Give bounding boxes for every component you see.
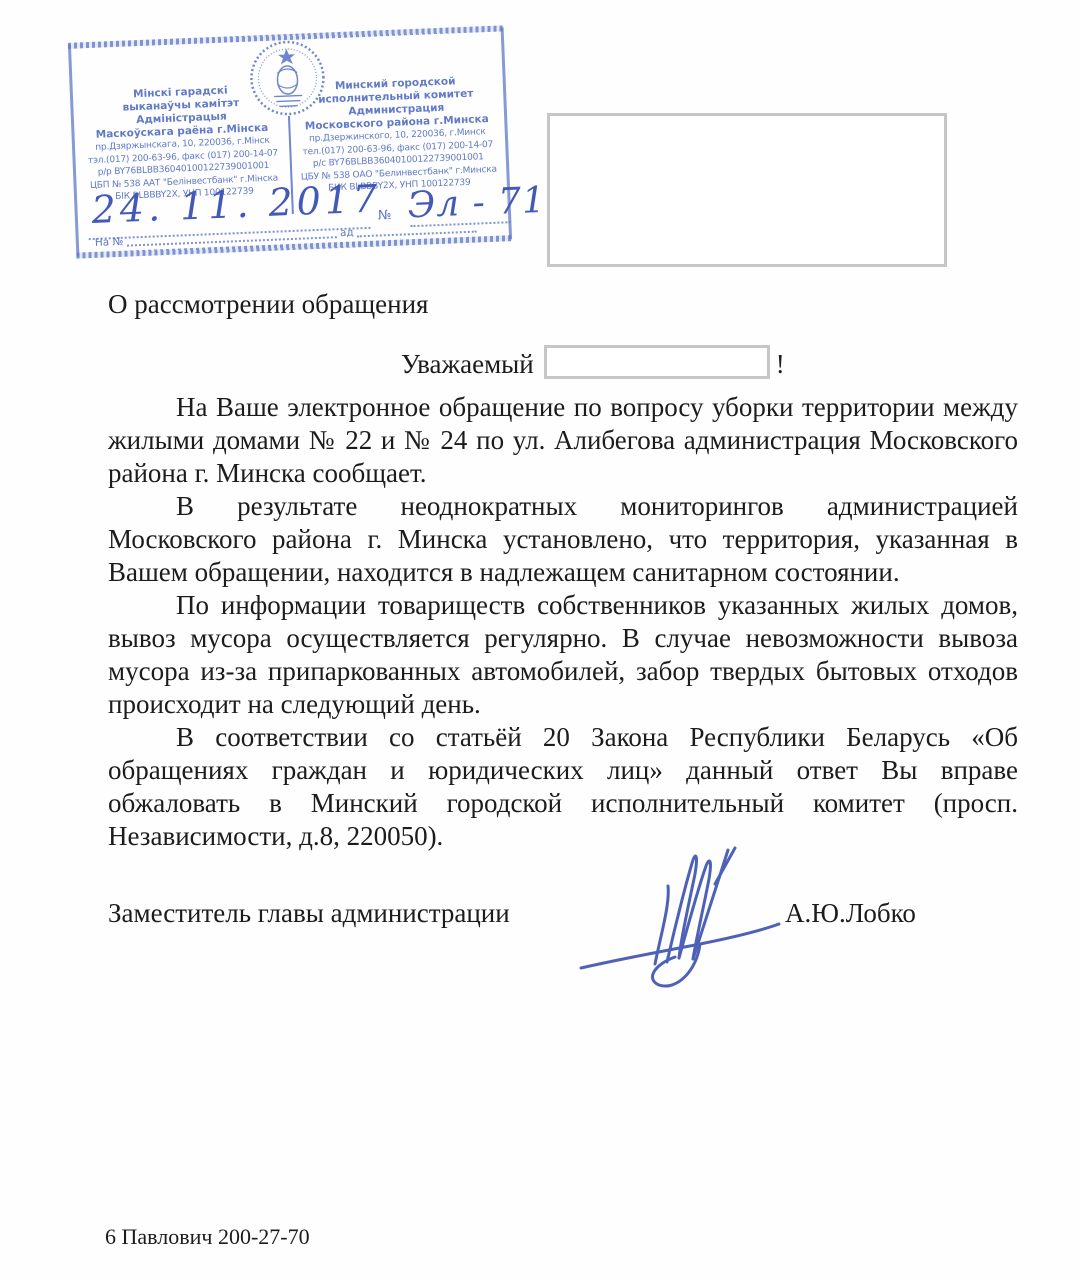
salutation: Уважаемый! [108, 345, 1018, 381]
number-sign-label: № [378, 208, 392, 224]
signoff-row: Заместитель главы администрации А.Ю.Лобк… [108, 897, 1018, 937]
paragraph: На Ваше электронное обращение по вопросу… [108, 391, 1018, 490]
paragraph: В результате неоднократных мониторингов … [108, 490, 1018, 589]
letterhead-stamp: Мінскі гарадскі выканаўчы камітэт Адміні… [68, 27, 512, 256]
paragraph: По информации товариществ собственников … [108, 589, 1018, 721]
dotted-line [357, 221, 477, 238]
letter-body: О рассмотрении обращения Уважаемый! На В… [108, 288, 1018, 937]
form-ad-label: ад [340, 227, 354, 240]
executor-contact: 6 Павлович 200-27-70 [105, 1224, 310, 1250]
form-na-no-label: На № [95, 236, 124, 249]
signature-scribble [575, 846, 790, 999]
paragraph: В соответствии со статьёй 20 Закона Респ… [108, 721, 1018, 853]
salutation-redaction-box [544, 345, 770, 379]
signoff-name: А.Ю.Лобко [785, 897, 916, 930]
recipient-redaction-box [547, 113, 947, 267]
salutation-prefix: Уважаемый [401, 349, 534, 379]
salutation-suffix: ! [776, 349, 785, 379]
signoff-position: Заместитель главы администрации [108, 898, 510, 928]
subject-line: О рассмотрении обращения [108, 288, 1018, 321]
